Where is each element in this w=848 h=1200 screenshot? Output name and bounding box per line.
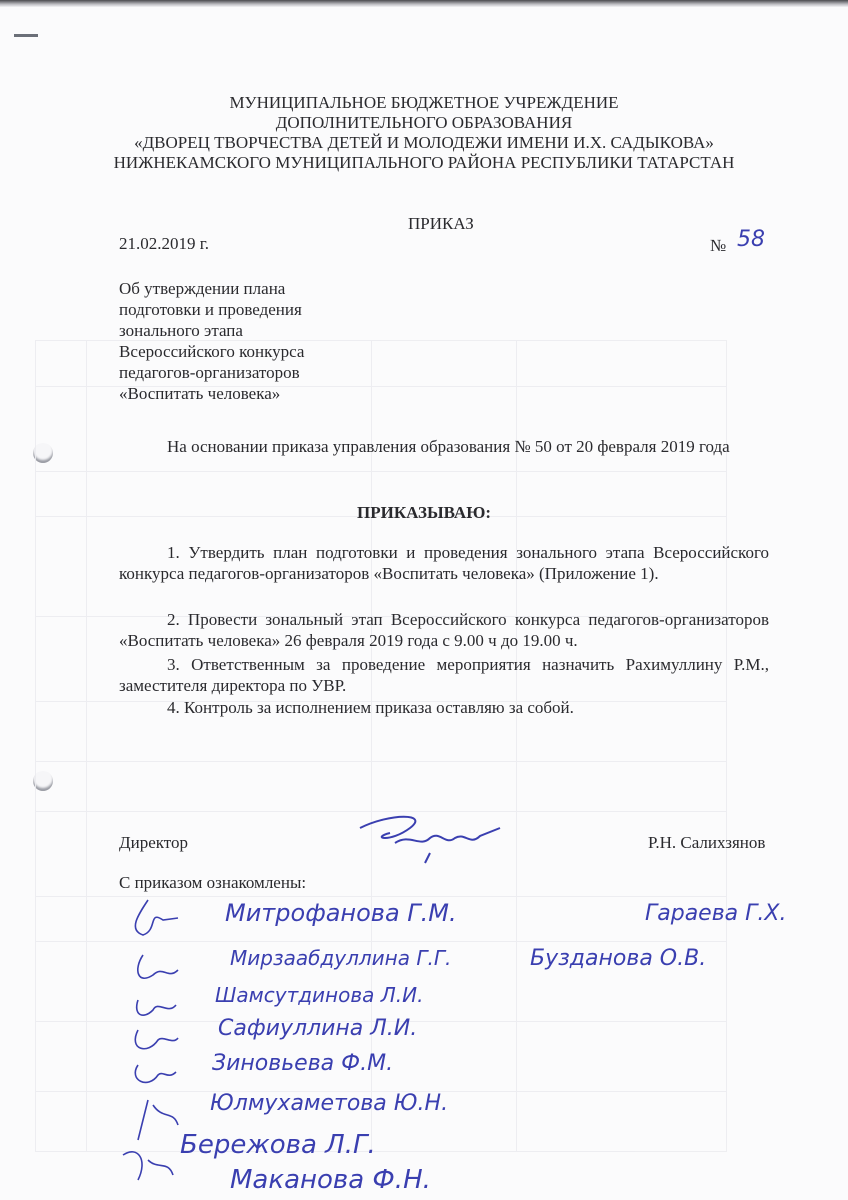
director-position: Директор: [119, 832, 188, 853]
handwritten-signature-name: Сафиуллина Л.И.: [218, 1018, 417, 1039]
order-item-4: 4. Контроль за исполнением приказа остав…: [167, 697, 574, 718]
basis-paragraph: На основании приказа управления образова…: [119, 436, 769, 457]
order-item-2: 2. Провести зональный этап Всероссийског…: [119, 609, 769, 651]
subject-line: подготовки и проведения: [119, 299, 302, 320]
org-name-line-1: МУНИЦИПАЛЬНОЕ БЮДЖЕТНОЕ УЧРЕЖДЕНИЕ: [0, 92, 848, 113]
order-date: 21.02.2019 г.: [119, 233, 209, 254]
order-number-value: 58: [737, 229, 765, 250]
directive-heading: ПРИКАЗЫВАЮ:: [0, 502, 848, 523]
order-item-3: 3. Ответственным за проведение мероприят…: [119, 654, 769, 696]
order-title: ПРИКАЗ: [408, 213, 474, 234]
scan-mark: [14, 34, 38, 37]
director-name: Р.Н. Салихзянов: [648, 832, 765, 853]
initials-signatures-icon: [118, 890, 208, 1200]
handwritten-signature-name: Шамсутдинова Л.И.: [215, 985, 423, 1006]
handwritten-signature-name: Гараева Г.Х.: [645, 903, 786, 924]
handwritten-signature-name: Маканова Ф.Н.: [230, 1170, 431, 1191]
handwritten-signature-name: Бузданова О.В.: [530, 948, 706, 969]
handwritten-signature-name: Митрофанова Г.М.: [225, 903, 457, 924]
order-number-label: №: [710, 235, 726, 256]
org-name-line-4: НИЖНЕКАМСКОГО МУНИЦИПАЛЬНОГО РАЙОНА РЕСП…: [0, 152, 848, 173]
subject-line: Об утверждении плана: [119, 278, 285, 299]
subject-line: педагогов-организаторов: [119, 362, 300, 383]
org-name-line-3: «ДВОРЕЦ ТВОРЧЕСТВА ДЕТЕЙ И МОЛОДЕЖИ ИМЕН…: [0, 132, 848, 153]
scan-top-edge: [0, 0, 848, 7]
subject-line: «Воспитать человека»: [119, 383, 280, 404]
director-signature-icon: [350, 808, 510, 868]
handwritten-signature-name: Зиновьева Ф.М.: [212, 1053, 393, 1074]
subject-line: зонального этапа: [119, 320, 243, 341]
org-name-line-2: ДОПОЛНИТЕЛЬНОГО ОБРАЗОВАНИЯ: [0, 112, 848, 133]
subject-line: Всероссийского конкурса: [119, 341, 304, 362]
handwritten-signature-name: Мирзаабдуллина Г.Г.: [230, 948, 451, 969]
handwritten-signature-name: Юлмухаметова Ю.Н.: [210, 1093, 448, 1114]
order-item-1: 1. Утвердить план подготовки и проведени…: [119, 542, 769, 584]
handwritten-signature-name: Бережова Л.Г.: [180, 1135, 376, 1156]
